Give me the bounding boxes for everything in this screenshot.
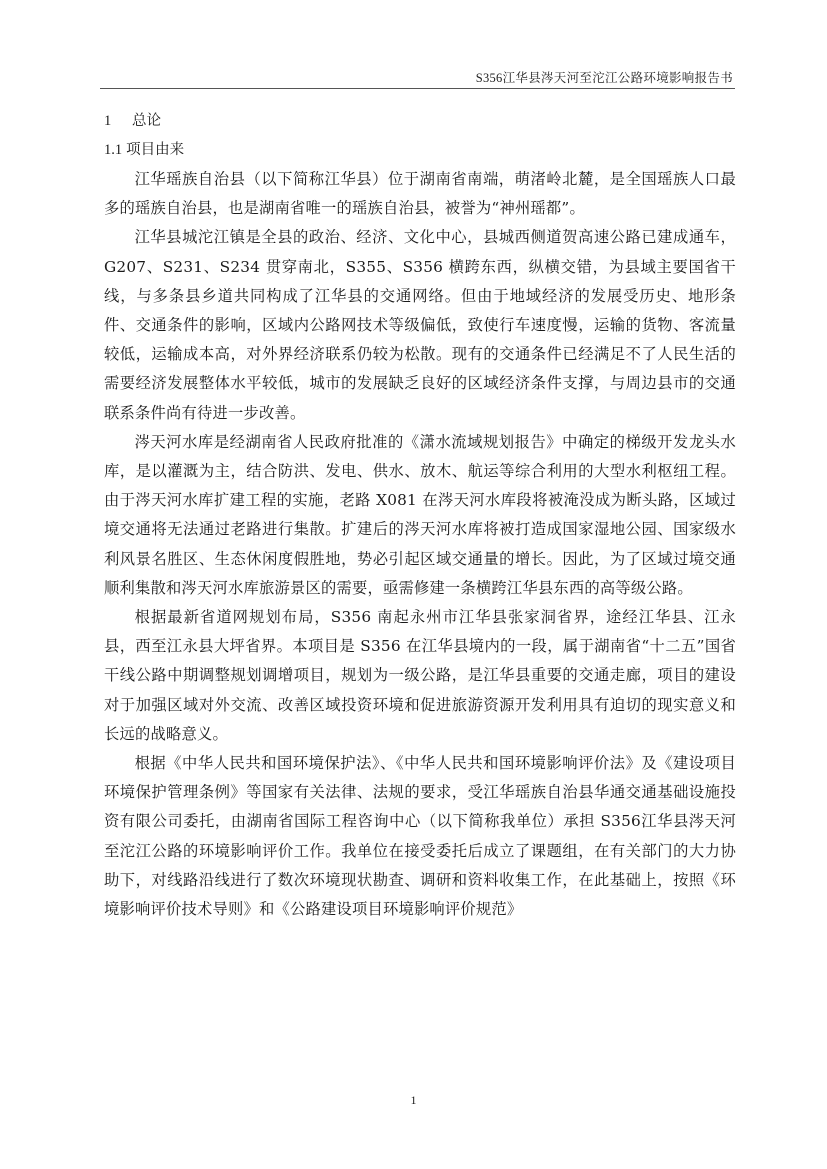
subsection-heading: 1.1项目由来	[104, 136, 736, 165]
page-number: 1	[0, 1093, 827, 1108]
paragraph-intro: 江华瑶族自治县（以下简称江华县）位于湖南省南端，萌渚岭北麓，是全国瑶族人口最多的…	[104, 165, 736, 223]
paragraph-road-planning: 根据最新省道网规划布局，S356 南起永州市江华县张家洞省界，途经江华县、江永县…	[104, 603, 736, 749]
paragraph-legal-basis: 根据《中华人民共和国环境保护法》、《中华人民共和国环境影响评价法》及《建设项目环…	[104, 749, 736, 924]
subsection-number: 1.1	[104, 142, 122, 158]
paragraph-reservoir: 涔天河水库是经湖南省人民政府批准的《潇水流域规划报告》中确定的梯级开发龙头水库，…	[104, 428, 736, 603]
section-title: 总论	[132, 113, 161, 129]
document-body: 1总论 1.1项目由来 江华瑶族自治县（以下简称江华县）位于湖南省南端，萌渚岭北…	[104, 107, 736, 924]
page-header: S356江华县涔天河至沱江公路环境影响报告书	[100, 66, 735, 89]
subsection-title: 项目由来	[126, 142, 184, 158]
document-title: S356江华县涔天河至沱江公路环境影响报告书	[476, 68, 733, 86]
paragraph-transport-network: 江华县城沱江镇是全县的政治、经济、文化中心，县城西侧道贺高速公路已建成通车， G…	[104, 223, 736, 427]
section-heading: 1总论	[104, 107, 736, 136]
section-number: 1	[104, 107, 132, 136]
